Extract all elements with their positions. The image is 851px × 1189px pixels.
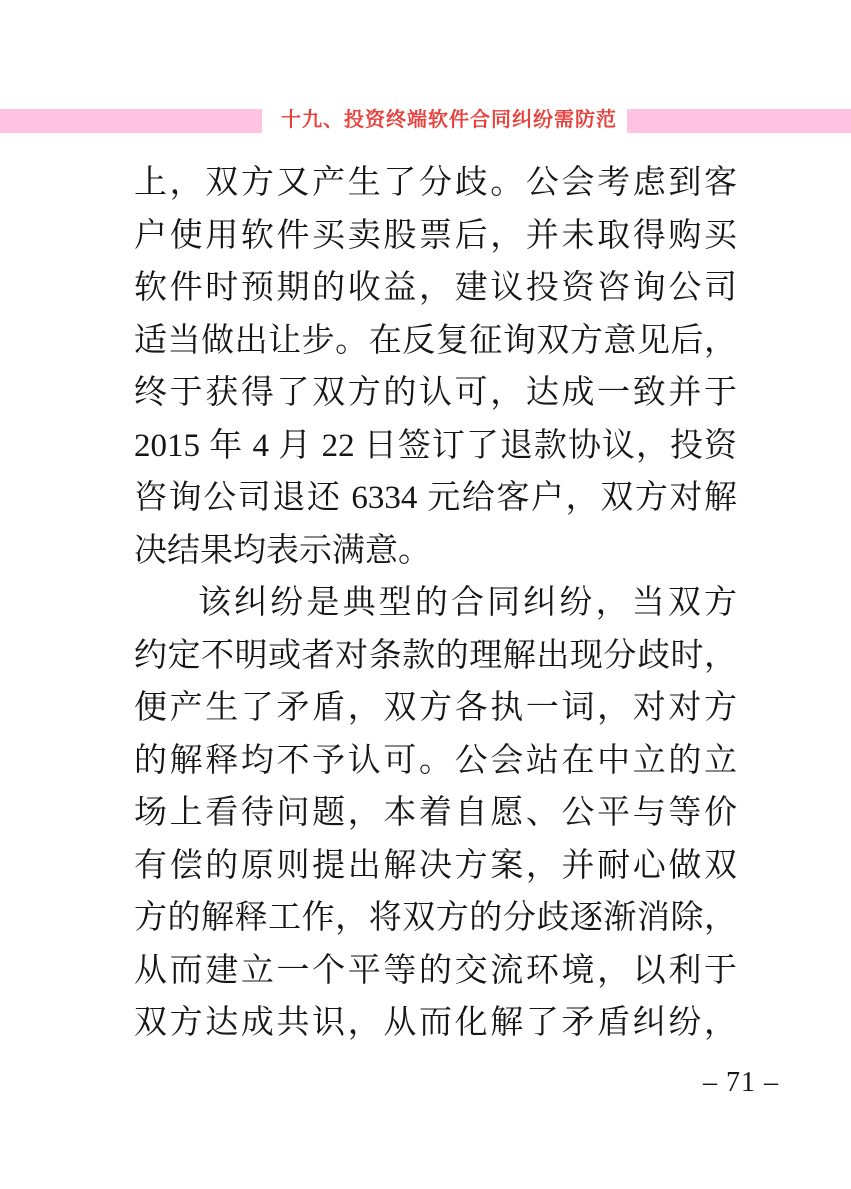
body-line: 适当做出让步。在反复征询双方意见后， <box>134 315 737 368</box>
section-title: 十九、投资终端软件合同纠纷需防范 <box>281 108 617 133</box>
body-line: 双方达成共识，从而化解了矛盾纠纷， <box>134 997 737 1050</box>
body-line: 决结果均表示满意。 <box>134 525 737 578</box>
header-bar-right <box>627 109 851 133</box>
page-number: – 71 – <box>703 1068 779 1098</box>
body-line: 场上看待问题，本着自愿、公平与等价 <box>134 787 737 840</box>
body-line: 软件时预期的收益，建议投资咨询公司 <box>134 262 737 315</box>
body-line: 约定不明或者对条款的理解出现分歧时， <box>134 630 737 683</box>
body-line: 该纠纷是典型的合同纠纷，当双方 <box>134 577 737 630</box>
body-line: 终于获得了双方的认可，达成一致并于 <box>134 367 737 420</box>
body-line: 方的解释工作，将双方的分歧逐渐消除， <box>134 892 737 945</box>
book-page: 十九、投资终端软件合同纠纷需防范 上，双方又产生了分歧。公会考虑到客户使用软件买… <box>0 0 851 1189</box>
header-bar-left <box>0 109 262 133</box>
body-text: 上，双方又产生了分歧。公会考虑到客户使用软件买卖股票后，并未取得购买软件时预期的… <box>134 157 737 1050</box>
body-line: 咨询公司退还 6334 元给客户，双方对解 <box>134 472 737 525</box>
page-header: 十九、投资终端软件合同纠纷需防范 <box>0 108 851 133</box>
body-line: 便产生了矛盾，双方各执一词，对对方 <box>134 682 737 735</box>
body-line: 上，双方又产生了分歧。公会考虑到客 <box>134 157 737 210</box>
body-line: 的解释均不予认可。公会站在中立的立 <box>134 735 737 788</box>
body-line: 2015 年 4 月 22 日签订了退款协议，投资 <box>134 420 737 473</box>
body-line: 户使用软件买卖股票后，并未取得购买 <box>134 210 737 263</box>
body-line: 从而建立一个平等的交流环境，以利于 <box>134 945 737 998</box>
body-line: 有偿的原则提出解决方案，并耐心做双 <box>134 840 737 893</box>
